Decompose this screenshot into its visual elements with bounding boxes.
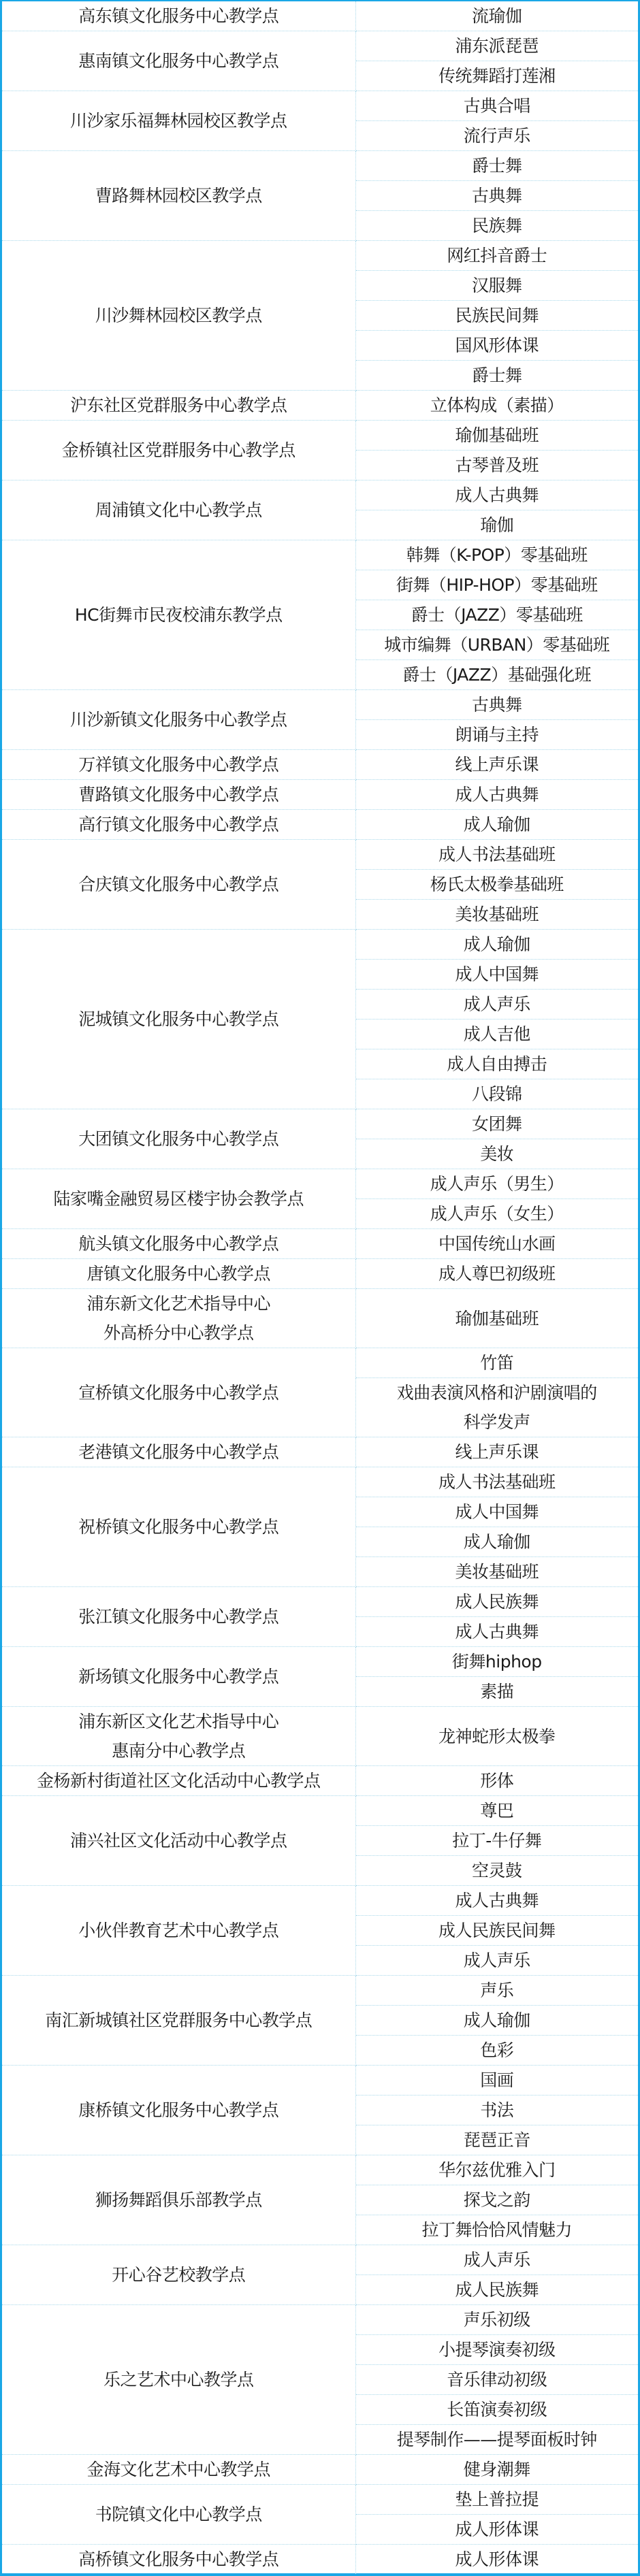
course-cell: 线上声乐课	[355, 750, 638, 780]
course-cell: 瑜伽基础班	[355, 421, 638, 451]
course-cell: 美妆基础班	[355, 1557, 638, 1587]
course-cell: 成人吉他	[355, 1020, 638, 1049]
course-cell: 成人声乐	[355, 1946, 638, 1976]
course-cell: 音乐律动初级	[355, 2365, 638, 2395]
course-cell: 成人形体课	[355, 2545, 638, 2575]
course-cell: 成人古典舞	[355, 480, 638, 510]
teaching-site-cell: 张江镇文化服务中心教学点	[2, 1587, 355, 1647]
teaching-site-cell: 老港镇文化服务中心教学点	[2, 1437, 355, 1467]
table-row: 合庆镇文化服务中心教学点成人书法基础班	[2, 840, 638, 870]
course-cell: 古典舞	[355, 690, 638, 720]
teaching-site-cell: 浦东新文化艺术指导中心外高桥分中心教学点	[2, 1289, 355, 1348]
teaching-site-cell: 航头镇文化服务中心教学点	[2, 1229, 355, 1259]
teaching-site-cell: 金海文化艺术中心教学点	[2, 2455, 355, 2485]
table-row: 曹路舞林园校区教学点爵士舞	[2, 151, 638, 181]
course-cell: 戏曲表演风格和沪剧演唱的科学发声	[355, 1378, 638, 1437]
course-cell: 古典合唱	[355, 91, 638, 121]
course-cell: 书法	[355, 2096, 638, 2125]
course-cell: 爵士舞	[355, 361, 638, 391]
course-cell: 成人民族舞	[355, 1587, 638, 1617]
course-cell: 杨氏太极拳基础班	[355, 870, 638, 900]
table-row: 宣桥镇文化服务中心教学点竹笛	[2, 1348, 638, 1378]
course-cell: 韩舞（K-POP）零基础班	[355, 540, 638, 570]
teaching-site-cell: 合庆镇文化服务中心教学点	[2, 840, 355, 930]
teaching-site-cell: 惠南镇文化服务中心教学点	[2, 31, 355, 91]
course-cell: 朗诵与主持	[355, 720, 638, 750]
teaching-site-name-line: 惠南分中心教学点	[2, 1736, 355, 1765]
course-cell: 成人声乐	[355, 2245, 638, 2275]
course-cell: 国画	[355, 2066, 638, 2096]
teaching-site-cell: 新场镇文化服务中心教学点	[2, 1647, 355, 1707]
course-cell: 街舞（HIP-HOP）零基础班	[355, 570, 638, 600]
table-row: 唐镇文化服务中心教学点成人尊巴初级班	[2, 1259, 638, 1289]
course-cell: 成人瑜伽	[355, 1527, 638, 1557]
course-cell: 古典舞	[355, 181, 638, 211]
course-cell: 成人书法基础班	[355, 1467, 638, 1497]
course-cell: 琵琶正音	[355, 2125, 638, 2155]
course-cell: 美妆基础班	[355, 900, 638, 930]
table-row: 浦兴社区文化活动中心教学点尊巴	[2, 1796, 638, 1826]
teaching-site-cell: 金桥镇社区党群服务中心教学点	[2, 421, 355, 480]
course-table-body: 高东镇文化服务中心教学点流瑜伽惠南镇文化服务中心教学点浦东派琵琶传统舞蹈打莲湘川…	[2, 1, 638, 2574]
course-cell: 成人中国舞	[355, 1497, 638, 1527]
course-cell: 华尔兹优雅入门	[355, 2155, 638, 2185]
table-row: 沪东社区党群服务中心教学点立体构成（素描）	[2, 391, 638, 421]
course-cell: 民族民间舞	[355, 301, 638, 331]
course-cell: 古琴普及班	[355, 451, 638, 480]
table-row: 老港镇文化服务中心教学点线上声乐课	[2, 1437, 638, 1467]
table-row: 川沙家乐福舞林园校区教学点古典合唱	[2, 91, 638, 121]
course-cell: 立体构成（素描）	[355, 391, 638, 421]
course-cell: 成人形体课	[355, 2515, 638, 2545]
course-cell: 线上声乐课	[355, 1437, 638, 1467]
course-cell: 汉服舞	[355, 271, 638, 301]
table-row: 金杨新村街道社区文化活动中心教学点形体	[2, 1766, 638, 1796]
table-row: HC街舞市民夜校浦东教学点韩舞（K-POP）零基础班	[2, 540, 638, 570]
teaching-site-cell: 万祥镇文化服务中心教学点	[2, 750, 355, 780]
table-row: 万祥镇文化服务中心教学点线上声乐课	[2, 750, 638, 780]
course-cell: 空灵鼓	[355, 1856, 638, 1886]
teaching-site-cell: 唐镇文化服务中心教学点	[2, 1259, 355, 1289]
teaching-site-cell: 金杨新村街道社区文化活动中心教学点	[2, 1766, 355, 1796]
course-cell: 城市编舞（URBAN）零基础班	[355, 630, 638, 660]
table-row: 大团镇文化服务中心教学点女团舞	[2, 1109, 638, 1139]
teaching-site-cell: 乐之艺术中心教学点	[2, 2305, 355, 2455]
course-cell: 成人声乐（男生）	[355, 1169, 638, 1199]
teaching-site-cell: 南汇新城镇社区党群服务中心教学点	[2, 1976, 355, 2066]
teaching-site-cell: 沪东社区党群服务中心教学点	[2, 391, 355, 421]
teaching-site-cell: 小伙伴教育艺术中心教学点	[2, 1886, 355, 1976]
course-cell: 爵士舞	[355, 151, 638, 181]
teaching-site-cell: 高行镇文化服务中心教学点	[2, 810, 355, 840]
table-row: 新场镇文化服务中心教学点街舞hiphop	[2, 1647, 638, 1677]
table-row: 陆家嘴金融贸易区楼宇协会教学点成人声乐（男生）	[2, 1169, 638, 1199]
course-cell: 素描	[355, 1677, 638, 1707]
course-cell: 街舞hiphop	[355, 1647, 638, 1677]
course-cell: 成人中国舞	[355, 960, 638, 990]
table-row: 狮扬舞蹈俱乐部教学点华尔兹优雅入门	[2, 2155, 638, 2185]
teaching-site-cell: 大团镇文化服务中心教学点	[2, 1109, 355, 1169]
table-row: 康桥镇文化服务中心教学点国画	[2, 2066, 638, 2096]
course-cell: 成人瑜伽	[355, 2006, 638, 2036]
course-name-line: 戏曲表演风格和沪剧演唱的	[356, 1378, 639, 1407]
teaching-site-cell: 宣桥镇文化服务中心教学点	[2, 1348, 355, 1437]
course-cell: 成人古典舞	[355, 780, 638, 810]
course-cell: 形体	[355, 1766, 638, 1796]
teaching-site-cell: 川沙舞林园校区教学点	[2, 241, 355, 391]
course-cell: 流行声乐	[355, 121, 638, 151]
course-table: 高东镇文化服务中心教学点流瑜伽惠南镇文化服务中心教学点浦东派琵琶传统舞蹈打莲湘川…	[2, 1, 638, 2574]
table-row: 航头镇文化服务中心教学点中国传统山水画	[2, 1229, 638, 1259]
course-cell: 成人瑜伽	[355, 930, 638, 960]
teaching-site-cell: 曹路镇文化服务中心教学点	[2, 780, 355, 810]
teaching-site-cell: 曹路舞林园校区教学点	[2, 151, 355, 241]
course-cell: 拉丁-牛仔舞	[355, 1826, 638, 1856]
teaching-site-cell: 泥城镇文化服务中心教学点	[2, 930, 355, 1109]
teaching-site-cell: 陆家嘴金融贸易区楼宇协会教学点	[2, 1169, 355, 1229]
table-row: 川沙舞林园校区教学点网红抖音爵士	[2, 241, 638, 271]
teaching-site-cell: HC街舞市民夜校浦东教学点	[2, 540, 355, 690]
table-row: 惠南镇文化服务中心教学点浦东派琵琶	[2, 31, 638, 61]
course-cell: 中国传统山水画	[355, 1229, 638, 1259]
course-cell: 成人尊巴初级班	[355, 1259, 638, 1289]
teaching-site-cell: 祝桥镇文化服务中心教学点	[2, 1467, 355, 1587]
course-cell: 拉丁舞恰恰风情魅力	[355, 2215, 638, 2245]
table-row: 开心谷艺校教学点成人声乐	[2, 2245, 638, 2275]
table-row: 川沙新镇文化服务中心教学点古典舞	[2, 690, 638, 720]
course-cell: 流瑜伽	[355, 1, 638, 31]
course-cell: 小提琴演奏初级	[355, 2335, 638, 2365]
table-row: 书院镇文化中心教学点垫上普拉提	[2, 2485, 638, 2515]
course-cell: 民族舞	[355, 211, 638, 241]
course-cell: 瑜伽	[355, 510, 638, 540]
teaching-site-cell: 川沙家乐福舞林园校区教学点	[2, 91, 355, 151]
course-cell: 竹笛	[355, 1348, 638, 1378]
table-row: 高行镇文化服务中心教学点成人瑜伽	[2, 810, 638, 840]
table-row: 小伙伴教育艺术中心教学点成人古典舞	[2, 1886, 638, 1916]
table-row: 高桥镇文化服务中心教学点成人形体课	[2, 2545, 638, 2575]
course-table-frame: 高东镇文化服务中心教学点流瑜伽惠南镇文化服务中心教学点浦东派琵琶传统舞蹈打莲湘川…	[0, 0, 640, 2576]
teaching-site-cell: 浦兴社区文化活动中心教学点	[2, 1796, 355, 1886]
course-cell: 浦东派琵琶	[355, 31, 638, 61]
table-row: 泥城镇文化服务中心教学点成人瑜伽	[2, 930, 638, 960]
teaching-site-cell: 高桥镇文化服务中心教学点	[2, 2545, 355, 2575]
course-cell: 成人自由搏击	[355, 1049, 638, 1079]
teaching-site-cell: 开心谷艺校教学点	[2, 2245, 355, 2305]
course-cell: 瑜伽基础班	[355, 1289, 638, 1348]
table-row: 高东镇文化服务中心教学点流瑜伽	[2, 1, 638, 31]
course-cell: 国风形体课	[355, 331, 638, 361]
course-cell: 爵士（JAZZ）基础强化班	[355, 660, 638, 690]
course-cell: 成人古典舞	[355, 1886, 638, 1916]
course-cell: 提琴制作——提琴面板时钟	[355, 2425, 638, 2455]
teaching-site-cell: 周浦镇文化中心教学点	[2, 480, 355, 540]
course-cell: 成人瑜伽	[355, 810, 638, 840]
course-cell: 网红抖音爵士	[355, 241, 638, 271]
table-row: 金桥镇社区党群服务中心教学点瑜伽基础班	[2, 421, 638, 451]
teaching-site-name-line: 浦东新区文化艺术指导中心	[2, 1707, 355, 1736]
course-cell: 声乐初级	[355, 2305, 638, 2335]
course-cell: 声乐	[355, 1976, 638, 2006]
teaching-site-cell: 康桥镇文化服务中心教学点	[2, 2066, 355, 2155]
teaching-site-name-line: 外高桥分中心教学点	[2, 1318, 355, 1348]
course-cell: 成人古典舞	[355, 1617, 638, 1647]
course-cell: 成人民族民间舞	[355, 1916, 638, 1946]
teaching-site-cell: 高东镇文化服务中心教学点	[2, 1, 355, 31]
course-cell: 女团舞	[355, 1109, 638, 1139]
teaching-site-name-line: 浦东新文化艺术指导中心	[2, 1289, 355, 1318]
course-cell: 八段锦	[355, 1079, 638, 1109]
course-cell: 成人声乐（女生）	[355, 1199, 638, 1229]
course-cell: 传统舞蹈打莲湘	[355, 61, 638, 91]
teaching-site-cell: 浦东新区文化艺术指导中心惠南分中心教学点	[2, 1707, 355, 1766]
course-cell: 爵士（JAZZ）零基础班	[355, 600, 638, 630]
course-cell: 探戈之韵	[355, 2185, 638, 2215]
teaching-site-cell: 川沙新镇文化服务中心教学点	[2, 690, 355, 750]
table-row: 乐之艺术中心教学点声乐初级	[2, 2305, 638, 2335]
course-cell: 长笛演奏初级	[355, 2395, 638, 2425]
course-cell: 健身潮舞	[355, 2455, 638, 2485]
course-cell: 尊巴	[355, 1796, 638, 1826]
course-cell: 美妆	[355, 1139, 638, 1169]
course-cell: 色彩	[355, 2036, 638, 2066]
course-cell: 成人书法基础班	[355, 840, 638, 870]
table-row: 祝桥镇文化服务中心教学点成人书法基础班	[2, 1467, 638, 1497]
table-row: 金海文化艺术中心教学点健身潮舞	[2, 2455, 638, 2485]
teaching-site-cell: 狮扬舞蹈俱乐部教学点	[2, 2155, 355, 2245]
teaching-site-cell: 书院镇文化中心教学点	[2, 2485, 355, 2545]
table-row: 南汇新城镇社区党群服务中心教学点声乐	[2, 1976, 638, 2006]
course-cell: 垫上普拉提	[355, 2485, 638, 2515]
course-cell: 成人声乐	[355, 990, 638, 1020]
table-row: 张江镇文化服务中心教学点成人民族舞	[2, 1587, 638, 1617]
course-name-line: 科学发声	[356, 1407, 639, 1437]
course-cell: 成人民族舞	[355, 2275, 638, 2305]
table-row: 周浦镇文化中心教学点成人古典舞	[2, 480, 638, 510]
table-row: 曹路镇文化服务中心教学点成人古典舞	[2, 780, 638, 810]
course-cell: 龙神蛇形太极拳	[355, 1707, 638, 1766]
